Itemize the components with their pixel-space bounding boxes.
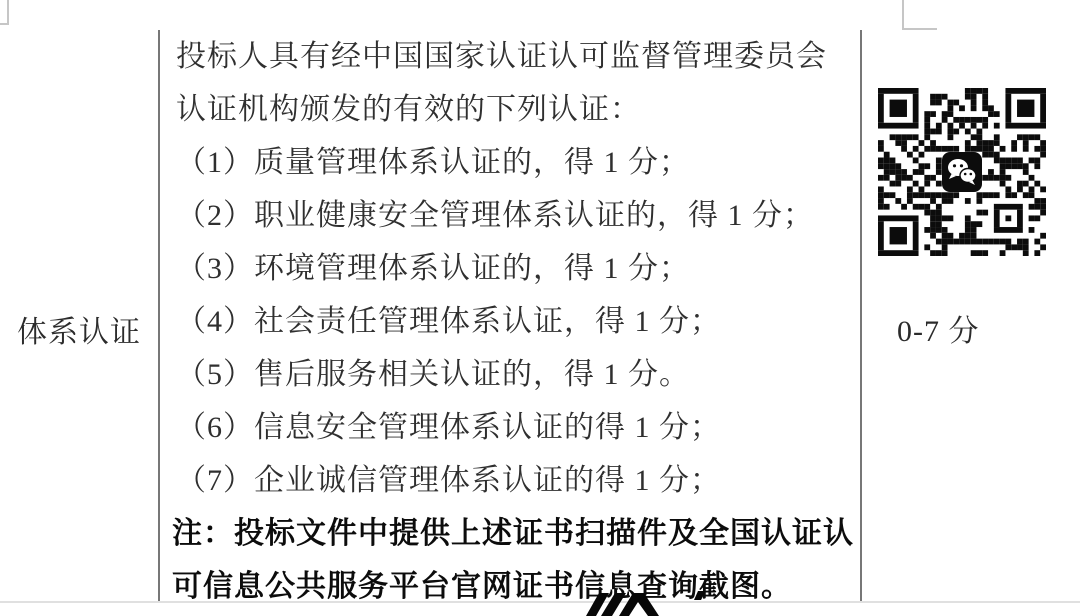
prev-row-border-corner-left	[0, 0, 9, 25]
note-line: 注：投标文件中提供上述证书扫描件及全国认证认	[172, 507, 860, 560]
description-line: （3）环境管理体系认证的，得 1 分；	[176, 242, 860, 295]
table-column-border-left	[158, 30, 160, 602]
description-line: （5）售后服务相关认证的，得 1 分。	[176, 348, 860, 401]
description-cell: 投标人具有经中国国家认证认可监督管理委员会 认证机构颁发的有效的下列认证： （1…	[176, 30, 860, 613]
watermark-logo	[586, 591, 718, 616]
description-line: （6）信息安全管理体系认证的得 1 分；	[176, 401, 860, 454]
criterion-cell: 体系认证	[0, 307, 158, 351]
note-line: 可信息公共服务平台官网证书信息查询截图。	[172, 560, 860, 613]
description-line: 认证机构颁发的有效的下列认证：	[176, 83, 860, 136]
document-page: 体系认证 投标人具有经中国国家认证认可监督管理委员会 认证机构颁发的有效的下列认…	[0, 0, 1080, 616]
description-line: （7）企业诚信管理体系认证的得 1 分；	[176, 454, 860, 507]
description-line: （4）社会责任管理体系认证，得 1 分；	[176, 295, 860, 348]
description-line: 投标人具有经中国国家认证认可监督管理委员会	[176, 30, 860, 83]
wechat-qr-code[interactable]	[878, 86, 1046, 258]
wechat-icon	[942, 152, 982, 192]
criterion-label: 体系认证	[17, 316, 141, 349]
description-line: （1）质量管理体系认证的，得 1 分；	[176, 136, 860, 189]
score-cell: 0-7 分	[897, 306, 980, 350]
description-line: （2）职业健康安全管理体系认证的，得 1 分；	[176, 189, 860, 242]
score-value: 0-7 分	[897, 315, 980, 348]
prev-row-border-corner-right	[902, 0, 937, 30]
table-column-border-right	[860, 30, 862, 602]
